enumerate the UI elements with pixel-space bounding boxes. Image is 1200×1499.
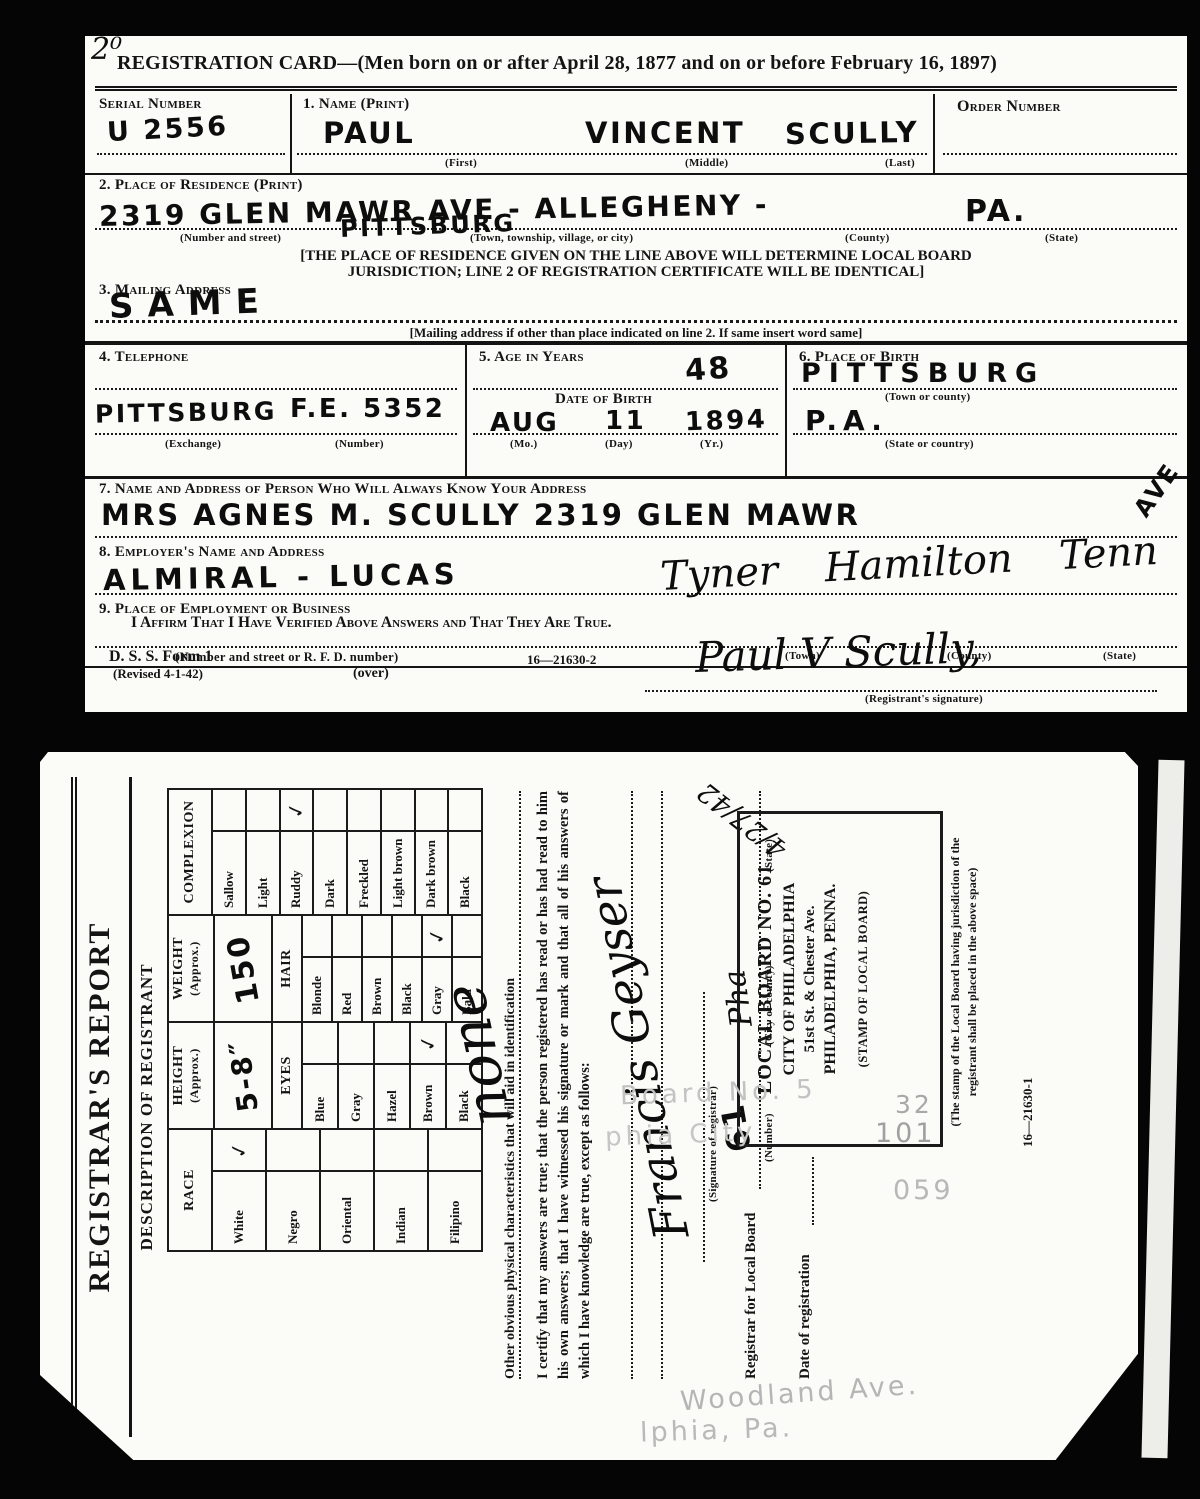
registration-date-line xyxy=(812,1157,814,1225)
complexion-option-black: Black xyxy=(447,790,481,914)
employment-sub-state: (State) xyxy=(1103,650,1136,662)
print-code-back: 16—21630-1 xyxy=(1020,1078,1036,1147)
race-header: RACE xyxy=(169,1130,211,1250)
complexion-sallow-label: Sallow xyxy=(221,832,237,914)
eyes-header: EYES xyxy=(271,1023,301,1128)
hair-blonde-checkbox xyxy=(303,916,331,958)
race-oriental-label: Oriental xyxy=(339,1172,355,1250)
mailing-line xyxy=(95,320,1177,323)
eyes-gray-checkbox xyxy=(339,1023,373,1065)
complexion-option-dark: Dark xyxy=(312,790,346,914)
row4-divider-right xyxy=(785,345,787,476)
complexion-option-sallow: Sallow xyxy=(211,790,245,914)
residence-state-value: PA. xyxy=(965,194,1027,229)
eyes-hazel-label: Hazel xyxy=(384,1065,400,1128)
complexion-black-checkbox xyxy=(449,790,481,832)
serial-number-value: U 2556 xyxy=(106,111,229,148)
check-mark-icon: ✓ xyxy=(283,799,310,821)
back-title-rule xyxy=(129,777,132,1437)
height-header: HEIGHT (Approx.) xyxy=(169,1023,213,1128)
complexion-freckled-checkbox xyxy=(348,790,380,832)
adjacent-card-edge xyxy=(1141,760,1184,1458)
residence-label: 2. Place of Residence (Print) xyxy=(99,177,303,194)
hair-option-brown: Brown xyxy=(361,916,391,1021)
hair-header: HAIR xyxy=(271,916,301,1021)
title-rule xyxy=(95,86,1177,91)
residence-sub-county: (County) xyxy=(845,232,890,244)
complexion-dark-label: Dark xyxy=(322,832,338,914)
race-filipino-checkbox xyxy=(429,1130,481,1172)
order-number-label: Order Number xyxy=(957,98,1061,116)
stamp-line4: PHILADELPHIA, PENNA. xyxy=(822,814,840,1144)
height-approx-text: (Approx.) xyxy=(187,1023,202,1128)
dob-sub-month: (Mo.) xyxy=(510,438,537,450)
birth-town-value: PITTSBURG xyxy=(801,358,1045,389)
dob-sub-year: (Yr.) xyxy=(700,438,723,450)
birth-town-line xyxy=(793,388,1177,390)
complexion-light-brown-label: Light brown xyxy=(390,832,406,914)
race-option-oriental: Oriental xyxy=(319,1130,373,1250)
back-subtitle: DESCRIPTION OF REGISTRANT xyxy=(137,757,157,1457)
complexion-option-light-brown: Light brown xyxy=(380,790,414,914)
dob-line xyxy=(473,433,778,435)
dob-day-value: 11 xyxy=(605,406,646,436)
dob-sub-day: (Day) xyxy=(605,438,633,450)
telephone-label: 4. Telephone xyxy=(99,349,188,366)
card-title: REGISTRATION CARD—(Men born on or after … xyxy=(117,52,997,75)
race-option-filipino: Filipino xyxy=(427,1130,481,1250)
registrars-report: REGISTRAR'S REPORT DESCRIPTION OF REGIST… xyxy=(55,757,1150,1457)
serial-number-label: Serial Number xyxy=(99,96,202,113)
complexion-option-light: Light xyxy=(245,790,279,914)
name-sub-middle: (Middle) xyxy=(685,157,728,169)
employer-label: 8. Employer's Name and Address xyxy=(99,544,325,561)
eyes-brown-label: Brown xyxy=(420,1065,436,1128)
row1-divider-right xyxy=(933,94,935,174)
row6-bottom-rule xyxy=(85,476,1187,479)
age-line xyxy=(473,388,778,390)
registration-date-label: Date of registration xyxy=(797,1254,814,1379)
complexion-column: COMPLEXION Sallow Light Ruddy✓ Dark Frec… xyxy=(169,790,481,914)
complexion-light-checkbox xyxy=(247,790,279,832)
race-oriental-checkbox xyxy=(321,1130,373,1172)
hair-brown-checkbox xyxy=(363,916,391,958)
registrant-signature-sub: (Registrant's signature) xyxy=(865,693,983,705)
race-indian-checkbox xyxy=(375,1130,427,1172)
contact-label: 7. Name and Address of Person Who Will A… xyxy=(99,481,586,498)
complexion-dark-brown-checkbox xyxy=(416,790,448,832)
telephone-sub-exchange: (Exchange) xyxy=(165,438,221,450)
weight-header: WEIGHT (Approx.) xyxy=(169,916,213,1021)
check-mark-icon: ✓ xyxy=(225,1139,252,1161)
hair-option-blonde: Blonde xyxy=(301,916,331,1021)
race-negro-checkbox xyxy=(267,1130,319,1172)
race-option-white: White✓ xyxy=(211,1130,265,1250)
complexion-option-dark-brown: Dark brown xyxy=(414,790,448,914)
race-filipino-label: Filipino xyxy=(447,1172,463,1250)
other-characteristics-line xyxy=(519,791,521,1379)
race-white-label: White xyxy=(231,1172,247,1250)
row3-bottom-rule xyxy=(85,341,1187,345)
ghost-number-1: 32 xyxy=(895,1090,933,1119)
contact-value: MRS AGNES M. SCULLY 2319 GLEN MAWR xyxy=(101,498,860,532)
registration-card-front: 2⁰ REGISTRATION CARD—(Men born on or aft… xyxy=(85,36,1187,712)
certification-text: I certify that my answers are true; that… xyxy=(533,791,596,1379)
row4-divider-left xyxy=(465,345,467,476)
mailing-caption: [Mailing address if other than place ind… xyxy=(85,325,1187,341)
eyes-option-hazel: Hazel xyxy=(373,1023,409,1128)
name-line xyxy=(297,153,927,155)
height-value-cell: 5-8″ xyxy=(213,1023,271,1128)
residence-note-line1: [THE PLACE OF RESIDENCE GIVEN ON THE LIN… xyxy=(85,248,1187,265)
back-top-rule xyxy=(71,777,77,1437)
complexion-ruddy-label: Ruddy xyxy=(288,832,304,914)
stamp-caption: (STAMP OF LOCAL BOARD) xyxy=(856,814,871,1144)
race-option-negro: Negro xyxy=(265,1130,319,1250)
hair-option-red: Red xyxy=(331,916,361,1021)
employer-value: ALMIRAL - LUCAS xyxy=(103,557,460,597)
weight-value: 150 xyxy=(220,931,267,1006)
name-last-value: SCULLY xyxy=(785,115,920,151)
row1-divider-left xyxy=(290,94,292,174)
form-revised: (Revised 4-1-42) xyxy=(113,666,203,682)
hair-red-label: Red xyxy=(339,958,355,1021)
complexion-dark-checkbox xyxy=(314,790,346,832)
race-option-indian: Indian xyxy=(373,1130,427,1250)
serial-line xyxy=(97,153,285,155)
residence-note-line2: JURISDICTION; LINE 2 OF REGISTRATION CER… xyxy=(85,264,1187,281)
name-sub-last: (Last) xyxy=(885,157,915,169)
residence-sub-town: (Town, township, village, or city) xyxy=(470,232,633,244)
complexion-sallow-checkbox xyxy=(213,790,245,832)
race-indian-label: Indian xyxy=(393,1172,409,1250)
telephone-number-value: F.E. 5352 xyxy=(290,394,445,424)
telephone-sub-number: (Number) xyxy=(335,438,384,450)
height-header-text: HEIGHT xyxy=(171,1023,187,1128)
eyes-gray-label: Gray xyxy=(348,1065,364,1128)
hair-gray-checkbox: ✓ xyxy=(423,916,451,958)
eyes-option-gray: Gray xyxy=(337,1023,373,1128)
birth-state-line xyxy=(793,433,1177,435)
complexion-ruddy-checkbox: ✓ xyxy=(281,790,313,832)
weight-value-cell: 150 xyxy=(213,916,271,1021)
back-title: REGISTRAR'S REPORT xyxy=(83,757,117,1457)
scan-page: { "front": { "corner_note": "2⁰", "title… xyxy=(0,0,1200,1499)
telephone-blank-line xyxy=(95,388,457,390)
telephone-exchange-value: PITTSBURG xyxy=(95,396,277,428)
eyes-blue-label: Blue xyxy=(312,1065,328,1128)
hair-bald-checkbox xyxy=(453,916,481,958)
race-column: RACE White✓ Negro Oriental Indian Filipi… xyxy=(169,1128,481,1250)
complexion-option-ruddy: Ruddy✓ xyxy=(279,790,313,914)
complexion-light-label: Light xyxy=(255,832,271,914)
registration-card-back: REGISTRAR'S REPORT DESCRIPTION OF REGIST… xyxy=(40,752,1138,1460)
employment-line xyxy=(95,646,1177,648)
complexion-dark-brown-label: Dark brown xyxy=(423,832,439,914)
hair-blonde-label: Blonde xyxy=(309,958,325,1021)
row9-bottom-rule xyxy=(85,666,1187,668)
complexion-header: COMPLEXION xyxy=(169,790,211,914)
ghost-stamp-state: lphia, Pa. xyxy=(640,1412,794,1448)
height-value: 5-8″ xyxy=(222,1037,265,1114)
name-middle-value: VINCENT xyxy=(585,116,745,150)
affirmation-text: I Affirm That I Have Verified Above Answ… xyxy=(131,614,612,632)
print-code-front: 16—21630-2 xyxy=(527,652,596,668)
stamp-note: (The stamp of the Local Board having jur… xyxy=(947,812,981,1152)
weight-approx-text: (Approx.) xyxy=(187,916,202,1021)
order-line xyxy=(943,153,1177,155)
eyes-hazel-checkbox xyxy=(375,1023,409,1065)
ghost-number-3: 059 xyxy=(893,1175,954,1206)
complexion-light-brown-checkbox xyxy=(382,790,414,832)
hair-black-label: Black xyxy=(399,958,415,1021)
telephone-line xyxy=(95,433,457,435)
residence-sub-state: (State) xyxy=(1045,232,1078,244)
birth-sub-town: (Town or county) xyxy=(885,391,970,403)
eyes-blue-checkbox xyxy=(303,1023,337,1065)
form-number: D. S. S. Form 1 xyxy=(109,648,213,666)
row1-bottom-rule xyxy=(85,173,1187,175)
check-mark-icon: ✓ xyxy=(423,925,450,947)
race-white-checkbox: ✓ xyxy=(213,1130,265,1172)
birth-sub-state: (State or country) xyxy=(885,438,974,450)
age-label: 5. Age in Years xyxy=(479,349,584,366)
eyes-option-blue: Blue xyxy=(301,1023,337,1128)
employer-line xyxy=(95,593,1177,595)
registrant-signature: Paul V Scully, xyxy=(694,623,982,682)
name-sub-first: (First) xyxy=(445,157,477,169)
over-note: (over) xyxy=(353,666,389,682)
weight-header-text: WEIGHT xyxy=(171,916,187,1021)
residence-sub-street: (Number and street) xyxy=(180,232,281,244)
hair-brown-label: Brown xyxy=(369,958,385,1021)
employment-value: Tyner Hamilton Tenn xyxy=(659,528,1159,600)
age-value: 48 xyxy=(684,350,733,388)
signature-line xyxy=(645,690,1157,692)
complexion-black-label: Black xyxy=(457,832,473,914)
registrar-line-label: Registrar for Local Board xyxy=(743,1212,760,1379)
complexion-option-freckled: Freckled xyxy=(346,790,380,914)
hair-option-black: Black xyxy=(391,916,421,1021)
race-negro-label: Negro xyxy=(285,1172,301,1250)
height-eyes-column: HEIGHT (Approx.) 5-8″ EYES Blue Gray Haz… xyxy=(169,1021,481,1128)
ghost-number-2: 101 xyxy=(875,1118,936,1149)
ghost-stamp-city: phia City xyxy=(605,1117,757,1152)
complexion-freckled-label: Freckled xyxy=(356,832,372,914)
residence-line xyxy=(95,228,1177,230)
hair-black-checkbox xyxy=(393,916,421,958)
contact-value-tail: AVE xyxy=(1128,458,1185,523)
name-label: 1. Name (Print) xyxy=(303,96,409,113)
hair-red-checkbox xyxy=(333,916,361,958)
name-first-value: PAUL xyxy=(323,116,415,150)
